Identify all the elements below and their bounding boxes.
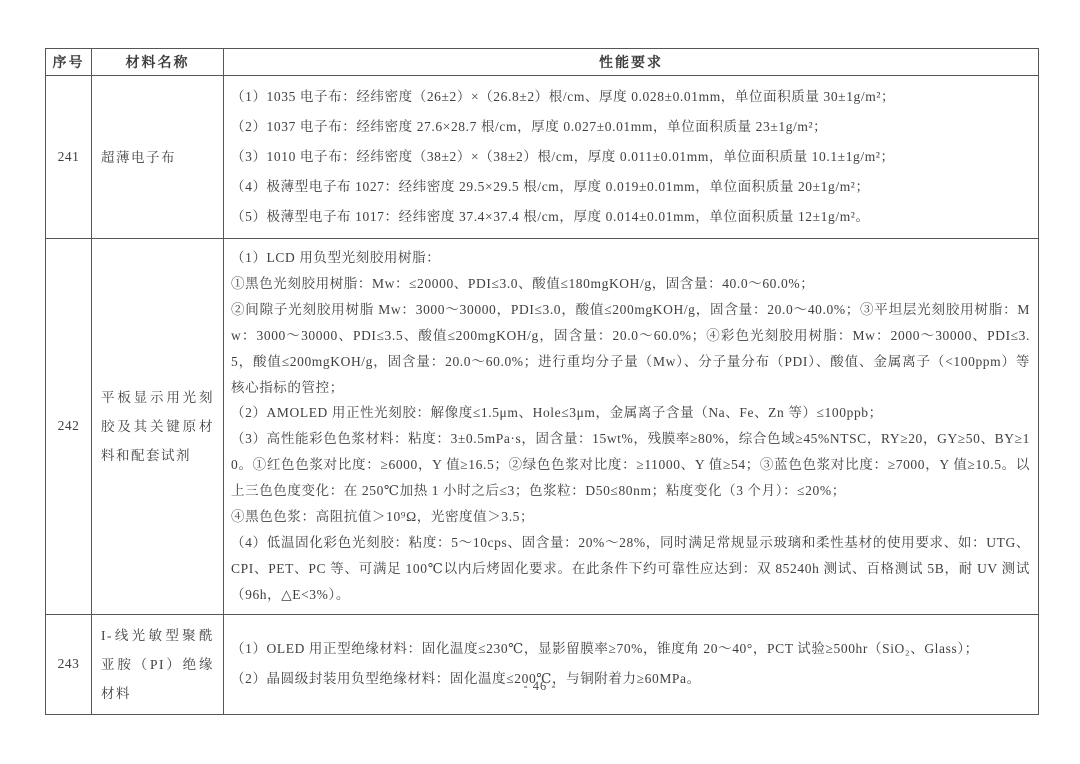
spec-table: 序号 材料名称 性能要求 241 超薄电子布 （1）1035 电子布：经纬密度（… (45, 48, 1039, 715)
material-name: 平板显示用光刻胶及其关键原材料和配套试剂 (92, 239, 224, 615)
requirements-cell: （1）OLED 用正型绝缘材料：固化温度≤230℃，显影留膜率≥70%，锥度角 … (224, 614, 1039, 714)
row-number: 241 (46, 76, 92, 239)
table-row: 241 超薄电子布 （1）1035 电子布：经纬密度（26±2）×（26.8±2… (46, 76, 1039, 239)
material-name: 超薄电子布 (92, 76, 224, 239)
table-row: 243 I-线光敏型聚酰亚胺（PI）绝缘材料 （1）OLED 用正型绝缘材料：固… (46, 614, 1039, 714)
document-page: 序号 材料名称 性能要求 241 超薄电子布 （1）1035 电子布：经纬密度（… (0, 0, 1080, 764)
col-header-performance-requirements: 性能要求 (224, 49, 1039, 76)
requirement-item: （2）AMOLED 用正性光刻胶：解像度≤1.5μm、Hole≤3μm，金属离子… (231, 400, 1030, 426)
row-number: 243 (46, 614, 92, 714)
table-row: 242 平板显示用光刻胶及其关键原材料和配套试剂 （1）LCD 用负型光刻胶用树… (46, 239, 1039, 615)
requirements-cell: （1）LCD 用负型光刻胶用树脂： ①黑色光刻胶用树脂：Mw：≤20000、PD… (224, 239, 1039, 615)
requirement-item: （1）LCD 用负型光刻胶用树脂： (231, 245, 1030, 271)
requirement-item: （5）极薄型电子布 1017：经纬密度 37.4×37.4 根/cm，厚度 0.… (231, 202, 1030, 232)
requirement-item: （3）1010 电子布：经纬密度（38±2）×（38±2）根/cm，厚度 0.0… (231, 142, 1030, 172)
requirement-item: （1）1035 电子布：经纬密度（26±2）×（26.8±2）根/cm、厚度 0… (231, 82, 1030, 112)
requirements-cell: （1）1035 电子布：经纬密度（26±2）×（26.8±2）根/cm、厚度 0… (224, 76, 1039, 239)
requirement-item: ④黑色色浆：高阻抗值＞10⁹Ω，光密度值＞3.5； (231, 504, 1030, 530)
requirement-item: （1）OLED 用正型绝缘材料：固化温度≤230℃，显影留膜率≥70%，锥度角 … (231, 634, 1030, 664)
header-row: 序号 材料名称 性能要求 (46, 49, 1039, 76)
col-header-no: 序号 (46, 49, 92, 76)
requirement-item: （3）高性能彩色色浆材料：粘度：3±0.5mPa·s，固含量：15wt%，残膜率… (231, 426, 1030, 504)
requirement-item: （4）低温固化彩色光刻胶：粘度：5～10cps、固含量：20%～28%，同时满足… (231, 530, 1030, 608)
row-number: 242 (46, 239, 92, 615)
col-header-material-name: 材料名称 (92, 49, 224, 76)
material-name: I-线光敏型聚酰亚胺（PI）绝缘材料 (92, 614, 224, 714)
requirement-item: ②间隙子光刻胶用树脂 Mw：3000～30000，PDI≤3.0，酸值≤200m… (231, 297, 1030, 401)
requirement-item: （4）极薄型电子布 1027：经纬密度 29.5×29.5 根/cm，厚度 0.… (231, 172, 1030, 202)
requirement-item: （2）1037 电子布：经纬密度 27.6×28.7 根/cm，厚度 0.027… (231, 112, 1030, 142)
page-number: - 46 - (0, 679, 1080, 694)
requirement-item: ①黑色光刻胶用树脂：Mw：≤20000、PDI≤3.0、酸值≤180mgKOH/… (231, 271, 1030, 297)
